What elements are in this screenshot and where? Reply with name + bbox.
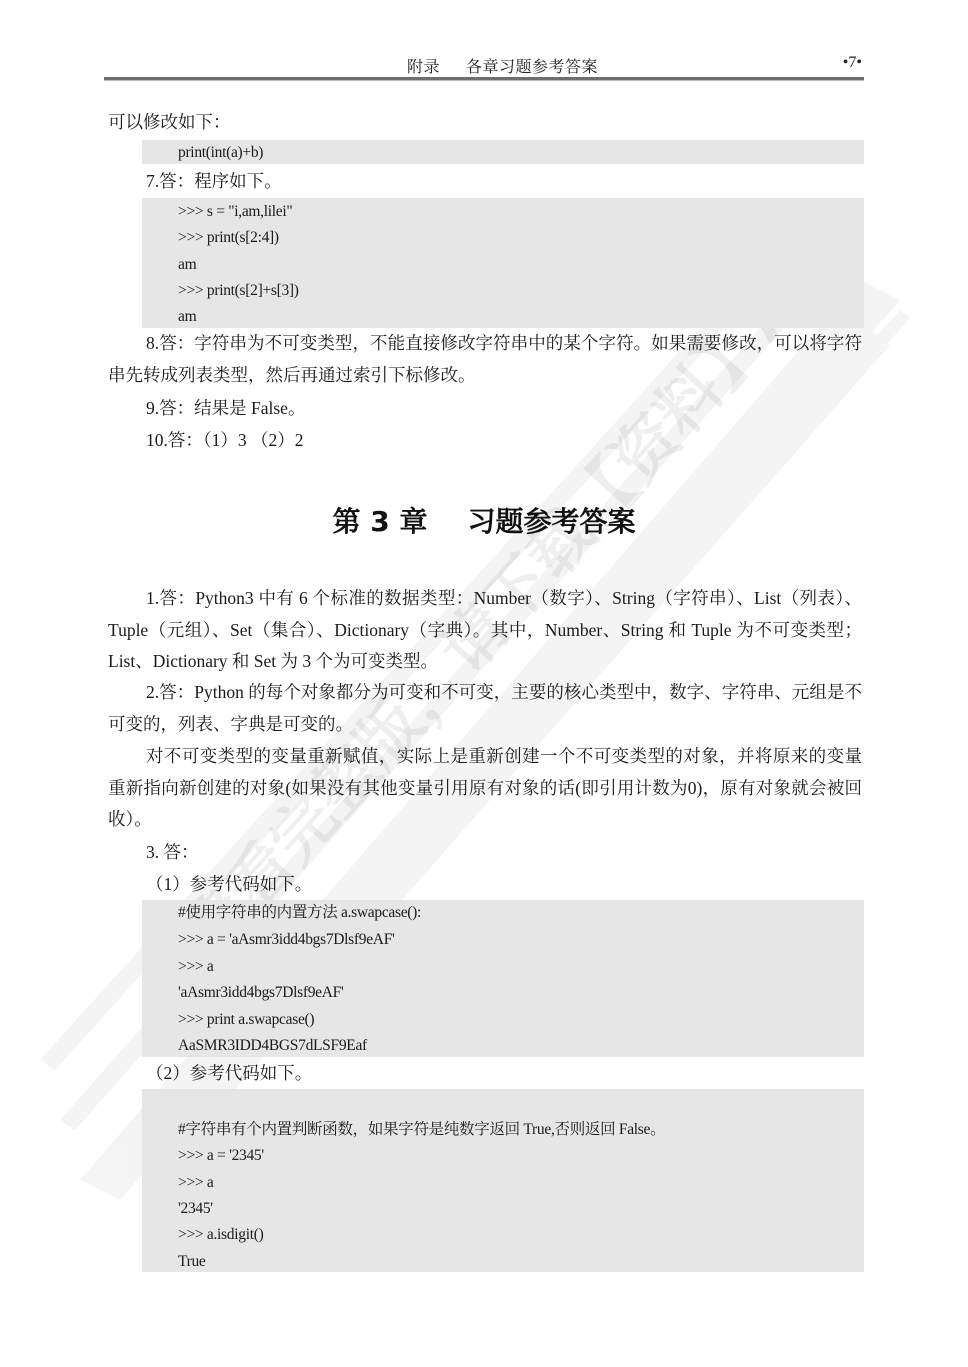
code-block-isdigit: #字符串有个内置判断函数，如果字符是纯数字返回 True,否则返回 False。… (142, 1089, 864, 1272)
running-header: 附录各章习题参考答案 •7• (104, 54, 864, 76)
code-block-q7: >>> s = "i,am,lilei" >>> print(s[2:4]) a… (142, 198, 864, 328)
code-line: >>> print(s[2:4]) (178, 228, 279, 248)
answer-10: 10.答：（1）3 （2）2 (146, 429, 304, 451)
intro-line: 可以修改如下： (108, 111, 231, 133)
ch3-answer-2: 2.答：Python 的每个对象都分为可变和不可变，主要的核心类型中，数字、字符… (108, 677, 862, 740)
code-line: >>> a = 'aAsmr3idd4bgs7Dlsf9eAF' (178, 930, 395, 950)
ch3-answer-3-part1-label: （1）参考代码如下。 (146, 873, 312, 895)
code-line: >>> a = '2345' (178, 1146, 264, 1166)
ch3-answer-3-part2-label: （2）参考代码如下。 (146, 1062, 312, 1084)
code-line: print(int(a)+b) (178, 143, 263, 163)
document-page: 附录各章习题参考答案 •7• 可以修改如下： print(int(a)+b) 7… (0, 0, 968, 1367)
chapter-number: 第 3 章 (333, 505, 428, 538)
code-line: >>> s = "i,am,lilei" (178, 202, 292, 222)
code-line: AaSMR3IDD4BGS7dLSF9Eaf (178, 1036, 367, 1056)
code-line: 'aAsmr3idd4bgs7Dlsf9eAF' (178, 983, 343, 1003)
code-line: >>> a.isdigit() (178, 1225, 263, 1245)
page-number: •7• (843, 54, 862, 72)
code-line: '2345' (178, 1199, 213, 1219)
code-line: am (178, 255, 196, 275)
code-comment: #使用字符串的内置方法 a.swapcase(): (178, 903, 421, 923)
ch3-answer-1: 1.答：Python3 中有 6 个标准的数据类型：Number（数字）、Str… (108, 583, 862, 678)
answer-9: 9.答：结果是 False。 (146, 397, 305, 419)
chapter-title: 习题参考答案 (467, 505, 635, 538)
ch3-answer-3-label: 3. 答： (146, 841, 199, 863)
code-line: >>> a (178, 957, 213, 977)
header-title: 附录各章习题参考答案 (407, 54, 598, 77)
answer-7-label: 7.答：程序如下。 (146, 170, 282, 192)
chapter-heading: 第 3 章习题参考答案 (0, 500, 968, 540)
ch3-answer-2-extra: 对不可变类型的变量重新赋值，实际上是重新创建一个不可变类型的对象，并将原来的变量… (108, 741, 862, 836)
code-line: >>> a (178, 1173, 213, 1193)
header-section: 附录 (407, 59, 440, 76)
answer-8: 8.答：字符串为不可变类型，不能直接修改字符串中的某个字符。如果需要修改，可以将… (108, 328, 862, 391)
code-block-swapcase: #使用字符串的内置方法 a.swapcase(): >>> a = 'aAsmr… (142, 900, 864, 1057)
header-divider (104, 77, 864, 81)
code-block-fix: print(int(a)+b) (142, 140, 864, 164)
code-line: am (178, 307, 196, 327)
code-comment: #字符串有个内置判断函数，如果字符是纯数字返回 True,否则返回 False。 (178, 1120, 665, 1140)
code-line: >>> print(s[2]+s[3]) (178, 281, 299, 301)
header-chapter-title: 各章习题参考答案 (466, 59, 598, 76)
code-line: >>> print a.swapcase() (178, 1010, 314, 1030)
code-line: True (178, 1252, 206, 1272)
